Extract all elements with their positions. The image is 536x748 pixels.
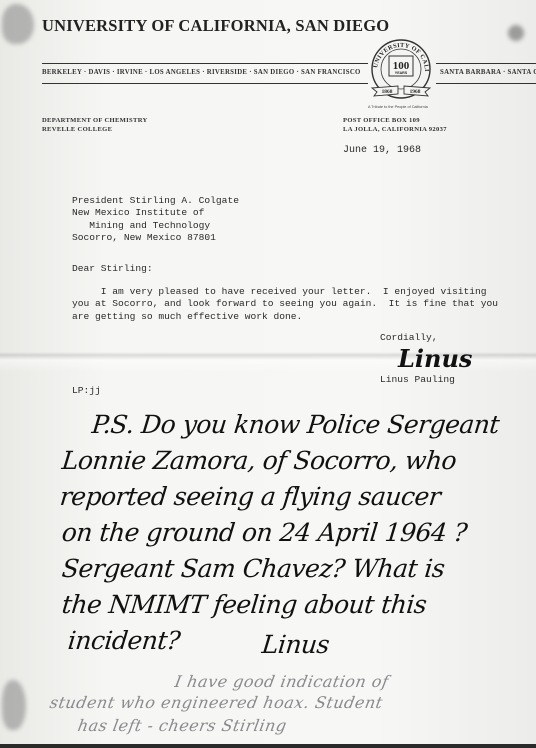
reference-initials: LP:jj [72, 385, 101, 397]
campus-list-left: BERKELEY · DAVIS · IRVINE · LOS ANGELES … [42, 69, 361, 76]
postscript-line: on the ground on 24 April 1964 ? [60, 518, 468, 547]
postscript-line: Sergeant Sam Chavez? What is [60, 554, 446, 583]
signer-name: Linus Pauling [380, 374, 455, 386]
seal-tagline: A Tribute to the People of California [368, 105, 428, 109]
letterhead-rule-bottom-right [436, 83, 536, 84]
centennial-seal-icon: UNIVERSITY OF CALIFORNIA 100 YEARS 1868 … [368, 38, 434, 104]
body-line: are getting so much effective work done. [72, 311, 498, 323]
recipient-line: New Mexico Institute of [72, 207, 239, 219]
typed-letter-signature: Linus [398, 344, 472, 373]
stain-top-left [2, 4, 34, 44]
postscript-line: the NMIMT feeling about this [60, 590, 427, 619]
svg-text:YEARS: YEARS [395, 71, 408, 75]
department-name: DEPARTMENT OF CHEMISTRY [42, 117, 148, 124]
college-name: REVELLE COLLEGE [42, 126, 112, 133]
recipient-line: Mining and Technology [72, 220, 239, 232]
body-line: I am very pleased to have received your … [72, 286, 498, 298]
postscript-line: reported seeing a flying saucer [58, 482, 441, 511]
stain-top-right [508, 25, 524, 41]
postscript-line: Lonnie Zamora, of Socorro, who [60, 446, 457, 475]
university-name: UNIVERSITY OF CALIFORNIA, SAN DIEGO [42, 16, 389, 36]
recipient-line: Socorro, New Mexico 87801 [72, 232, 239, 244]
pencil-note-line: I have good indication of [173, 672, 390, 691]
pencil-note-line: has left - cheers Stirling [76, 716, 288, 735]
closing: Cordially, [380, 332, 438, 344]
recipient-line: President Stirling A. Colgate [72, 195, 239, 207]
postscript-line: incident? [66, 626, 181, 655]
campus-list-right: SANTA BARBARA · SANTA CRUZ [440, 69, 536, 76]
address-line-1: POST OFFICE BOX 109 [343, 117, 420, 124]
letterhead-rule-top-left [42, 63, 368, 64]
page-bottom-edge [0, 744, 536, 748]
svg-text:1868: 1868 [382, 89, 393, 95]
letter-date: June 19, 1968 [343, 145, 421, 157]
letter-page: UNIVERSITY OF CALIFORNIA, SAN DIEGO BERK… [0, 0, 536, 748]
body-line: you at Socorro, and look forward to seei… [72, 298, 498, 310]
letter-body: I am very pleased to have received your … [72, 286, 498, 323]
svg-text:1968: 1968 [410, 89, 421, 95]
recipient-address: President Stirling A. Colgate New Mexico… [72, 195, 239, 245]
letterhead-rule-bottom-left [42, 83, 368, 84]
postscript-signature: Linus [260, 630, 330, 659]
letterhead-rule-top-right [436, 63, 536, 64]
postscript-line: P.S. Do you know Police Sergeant [90, 410, 500, 439]
stain-bottom-left [2, 680, 26, 730]
salutation: Dear Stirling: [72, 263, 153, 275]
address-line-2: LA JOLLA, CALIFORNIA 92037 [343, 126, 447, 133]
pencil-note-line: student who engineered hoax. Student [48, 693, 384, 712]
